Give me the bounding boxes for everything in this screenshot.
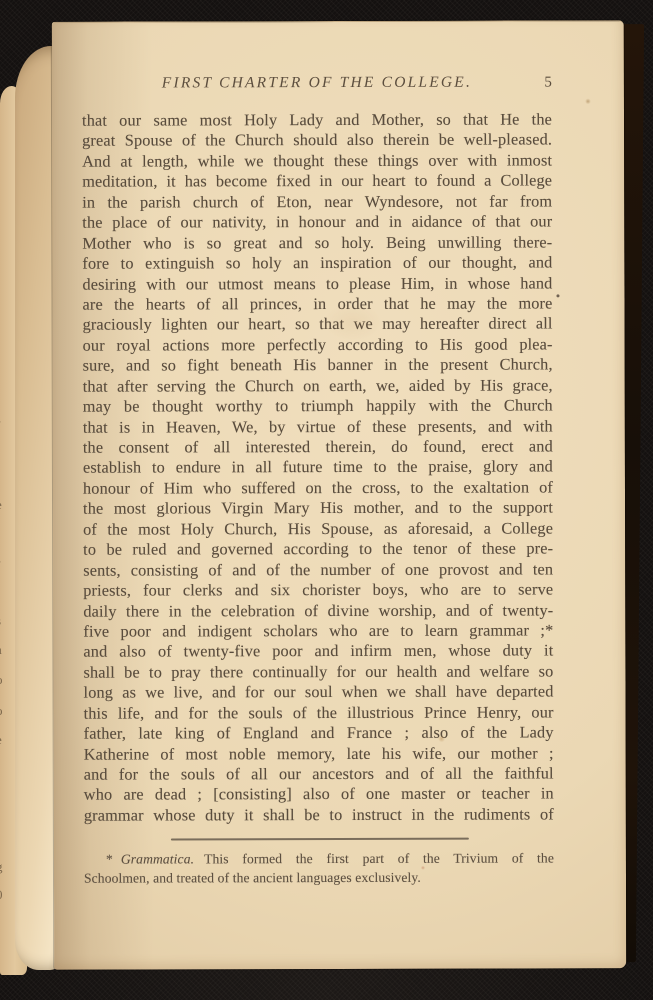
body-line: to be ruled and governed according to th… (83, 539, 553, 561)
body-line: that our same most Holy Lady and Mother,… (82, 109, 552, 131)
body-line: that after serving the Church on earth, … (83, 375, 553, 397)
edge-text-fragment: g (0, 860, 8, 873)
body-line: that is in Heaven, We, by virtue of thes… (83, 416, 553, 438)
body-line: sents, consisting of and of the number o… (83, 559, 553, 581)
body-line: this life, and for the souls of the illu… (84, 702, 554, 724)
edge-text-fragment: t (0, 527, 8, 540)
footnote-line-2: Schoolmen, and treated of the ancient la… (84, 867, 554, 887)
edge-text-fragment: l (0, 443, 8, 456)
body-line: who are dead ; [consisting] also of one … (84, 784, 554, 806)
edge-text-fragment: i (0, 470, 8, 483)
body-paragraph: that our same most Holy Lady and Mother,… (82, 109, 554, 826)
edge-text-fragment: s (0, 614, 8, 627)
footnote: *Grammatica.This formed the first part o… (84, 848, 554, 887)
body-line: father, late king of England and France … (84, 723, 554, 745)
body-line: the most glorious Virgin Mary His mother… (83, 498, 553, 520)
edge-text-fragment: r (0, 556, 8, 569)
body-line: honour of Him who suffered on the cross,… (83, 477, 553, 499)
edge-text-fragment: i (0, 585, 8, 598)
page-number: 5 (544, 74, 552, 91)
body-line: long as we live, and for our soul when w… (83, 682, 553, 704)
body-line: sure, and so fight beneath His banner in… (83, 355, 553, 377)
body-line: desiring with our utmost means to please… (82, 273, 552, 295)
edge-text-fragment: a (0, 643, 8, 656)
running-header: FIRST CHARTER OF THE COLLEGE. 5 (82, 73, 552, 96)
book-page: FIRST CHARTER OF THE COLLEGE. 5 that our… (52, 20, 626, 969)
body-line: great Spouse of the Church should also t… (82, 130, 552, 152)
body-line: fore to extinguish so holy an inspiratio… (82, 253, 552, 275)
body-line: Mother who is so great and so holy. Bein… (82, 232, 552, 254)
footnote-text: This formed the first part of the Triviu… (204, 850, 554, 866)
body-line: establish to endure in all future time t… (83, 457, 553, 479)
body-line: in the parish church of Eton, near Wynde… (82, 191, 552, 213)
body-line: priests, four clerks and six chorister b… (83, 580, 553, 602)
body-line: graciously lighten our heart, so that we… (83, 314, 553, 336)
body-line: our royal actions more perfectly accordi… (83, 334, 553, 356)
body-line: shall be to pray there continually for o… (83, 661, 553, 683)
body-line: of the most Holy Church, His Spouse, as … (83, 518, 553, 540)
edge-text-fragment: e (0, 498, 8, 511)
edge-text-fragment: 0 (0, 888, 8, 901)
edge-text-fragment: e (0, 733, 8, 746)
edge-text-fragment: - (0, 392, 8, 405)
edge-text-fragment: o (0, 704, 8, 717)
body-line: are the hearts of all princes, in order … (82, 293, 552, 315)
body-line: and for the souls of all our ancestors a… (84, 763, 554, 785)
body-line: five poor and indigent scholars who are … (83, 620, 553, 642)
footnote-rule (171, 838, 469, 841)
footnote-term: Grammatica. (121, 851, 204, 866)
book-photo-scene: -rlietrisaooeg0 FIRST CHARTER OF THE COL… (0, 0, 653, 1000)
body-line: daily there in the celebration of divine… (83, 600, 553, 622)
body-line: Katherine of most noble memory, late his… (84, 743, 554, 765)
edge-text-fragment: r (0, 416, 8, 429)
body-line: And at length, while we thought these th… (82, 150, 552, 172)
body-line: meditation, it has become fixed in our h… (82, 171, 552, 193)
body-line: the place of our nativity, in honour and… (82, 212, 552, 234)
body-line: the consent of all interested therein, d… (83, 436, 553, 458)
page-title: FIRST CHARTER OF THE COLLEGE. (82, 73, 552, 92)
body-line: grammar whose duty it shall be to instru… (84, 804, 554, 826)
footnote-marker: * (106, 852, 121, 867)
body-line: may be thought worthy to triumph happily… (83, 396, 553, 418)
body-line: and also of twenty-five poor and infirm … (83, 641, 553, 663)
ink-speck (556, 294, 559, 297)
edge-text-fragment: o (0, 673, 8, 686)
footnote-line-1: *Grammatica.This formed the first part o… (84, 848, 554, 868)
